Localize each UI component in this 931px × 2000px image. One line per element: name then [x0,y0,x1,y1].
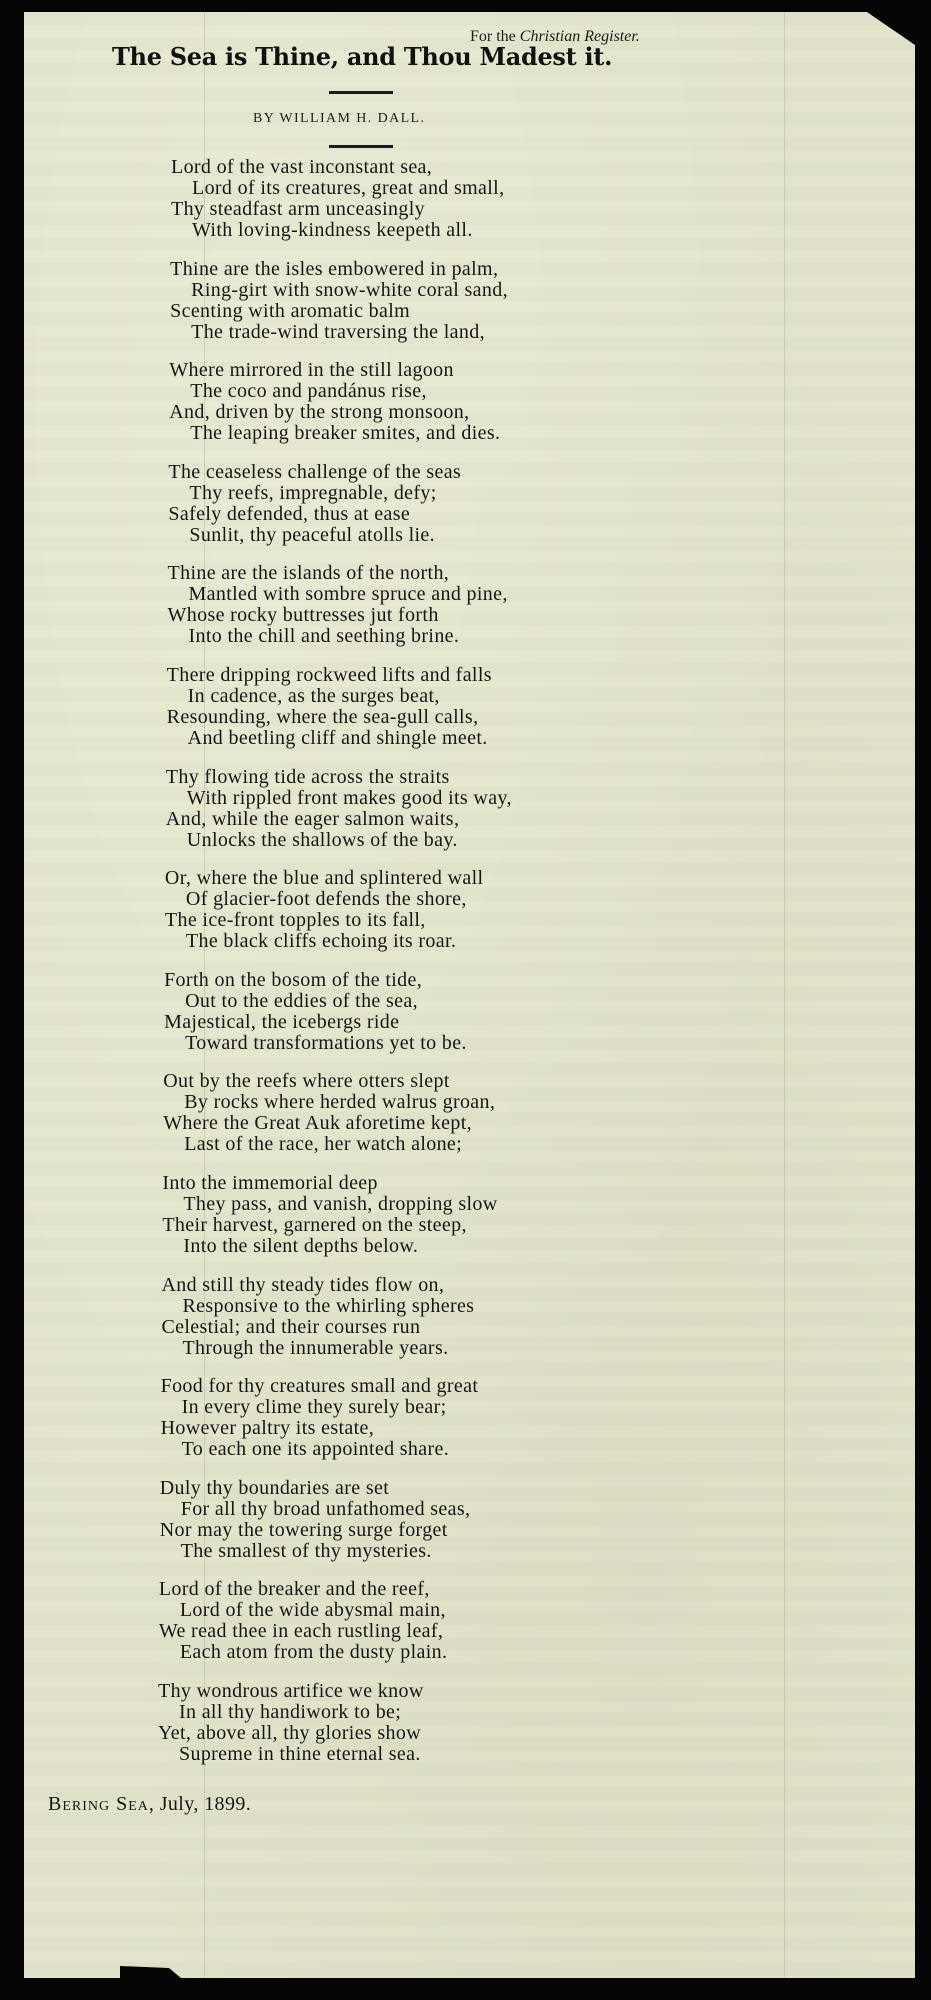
poem-line: Nor may the towering surge forget [160,1520,448,1541]
poem-line: And still thy steady tides flow on, [161,1275,444,1296]
poem-line-indented: They pass, and vanish, dropping slow [183,1194,497,1215]
poem-line-indented: In cadence, as the surges beat, [188,686,440,707]
stanza: Lord of the vast inconstant sea,Lord of … [0,157,931,259]
poem-line-indented: Sunlit, thy peaceful atolls lie. [189,525,435,546]
poem-line-indented: The coco and pandánus rise, [190,381,427,402]
poem-line-indented: By rocks where herded walrus groan, [184,1092,495,1113]
poem-line: Safely defended, thus at ease [168,504,410,525]
poem-line: Lord of the vast inconstant sea, [171,157,432,178]
poem-line: Thy wondrous artifice we know [158,1681,424,1702]
poem-line: The ice-front topples to its fall, [165,910,426,931]
poem-line: Yet, above all, thy glories show [158,1723,421,1744]
poem-line: Duly thy boundaries are set [160,1478,389,1499]
stanza: Or, where the blue and splintered wallOf… [0,868,931,970]
poem-line: Majestical, the icebergs ride [164,1012,399,1033]
poem-line: Out by the reefs where otters slept [163,1071,450,1092]
poem-line-indented: The trade-wind traversing the land, [191,322,485,343]
poem-line-indented: Thy reefs, impregnable, defy; [189,483,436,504]
author-byline: BY WILLIAM H. DALL. [253,111,425,127]
poem-line-indented: The leaping breaker smites, and dies. [190,423,500,444]
poem-line: And, while the eager salmon waits, [166,809,460,830]
poem-line-indented: Lord of its creatures, great and small, [192,178,504,199]
poem-body: Lord of the vast inconstant sea,Lord of … [0,157,931,1783]
poem-line: Where mirrored in the still lagoon [169,360,454,381]
stanza: There dripping rockweed lifts and fallsI… [0,665,931,767]
stanza: Thine are the islands of the north,Mantl… [0,563,931,665]
signoff: Bering Sea, July, 1899. [48,1793,251,1816]
poem-line-indented: And beetling cliff and shingle meet. [188,728,488,749]
poem-line-indented: Supreme in thine eternal sea. [179,1744,421,1765]
poem-title: The Sea is Thine, and Thou Madest it. [112,42,612,71]
poem-line: Lord of the breaker and the reef, [159,1579,430,1600]
poem-line: Whose rocky buttresses jut forth [168,605,439,626]
poem-line-indented: Last of the race, her watch alone; [184,1134,462,1155]
poem-line-indented: With loving-kindness keepeth all. [192,220,473,241]
poem-line-indented: Into the chill and seething brine. [189,626,460,647]
poem-line: Or, where the blue and splintered wall [165,868,484,889]
poem-line: We read thee in each rustling leaf, [159,1621,443,1642]
poem-line-indented: Lord of the wide abysmal main, [180,1600,446,1621]
stanza: Into the immemorial deepThey pass, and v… [0,1173,931,1275]
poem-line-indented: Responsive to the whirling spheres [182,1296,474,1317]
stanza: Where mirrored in the still lagoonThe co… [0,360,931,462]
stanza: Lord of the breaker and the reef,Lord of… [0,1579,931,1681]
stanza: Forth on the bosom of the tide,Out to th… [0,970,931,1072]
poem-line: The ceaseless challenge of the seas [168,462,461,483]
stanza: The ceaseless challenge of the seasThy r… [0,462,931,564]
poem-line-indented: Mantled with sombre spruce and pine, [189,584,508,605]
poem-line-indented: In every clime they surely bear; [182,1397,447,1418]
poem-line-indented: Each atom from the dusty plain. [180,1642,447,1663]
poem-line: Thine are the islands of the north, [168,563,450,584]
poem-line-indented: Toward transformations yet to be. [185,1033,467,1054]
stanza: Duly thy boundaries are setFor all thy b… [0,1478,931,1580]
poem-line-indented: For all thy broad unfathomed seas, [181,1499,471,1520]
signoff-date: , July, 1899. [149,1793,251,1815]
stanza: And still thy steady tides flow on,Respo… [0,1275,931,1377]
poem-line: Their harvest, garnered on the steep, [162,1215,467,1236]
poem-line-indented: Ring-girt with snow-white coral sand, [191,280,508,301]
stanza: Out by the reefs where otters sleptBy ro… [0,1071,931,1173]
title-divider [329,91,393,94]
poem-line: Resounding, where the sea-gull calls, [167,707,479,728]
poem-line-indented: With rippled front makes good its way, [187,788,512,809]
poem-line: Scenting with aromatic balm [170,301,410,322]
poem-line-indented: To each one its appointed share. [182,1439,450,1460]
poem-line: Forth on the bosom of the tide, [164,970,422,991]
poem-line-indented: Of glacier-foot defends the shore, [186,889,467,910]
poem-line-indented: Through the innumerable years. [182,1338,448,1359]
poem-line-indented: The black cliffs echoing its roar. [186,931,456,952]
poem-line: Where the Great Auk aforetime kept, [163,1113,472,1134]
stanza: Thy wondrous artifice we knowIn all thy … [0,1681,931,1783]
poem-line-indented: Unlocks the shallows of the bay. [187,830,458,851]
poem-line-indented: Into the silent depths below. [183,1236,418,1257]
signoff-place: Bering Sea [48,1793,149,1815]
poem-line: Food for thy creatures small and great [161,1376,479,1397]
stanza: Thy flowing tide across the straitsWith … [0,767,931,869]
stanza: Thine are the isles embowered in palm,Ri… [0,259,931,361]
poem-line: Thy flowing tide across the straits [166,767,450,788]
poem-line: And, driven by the strong monsoon, [169,402,469,423]
stanza: Food for thy creatures small and greatIn… [0,1376,931,1478]
poem-line: There dripping rockweed lifts and falls [167,665,492,686]
poem-line: Thine are the isles embowered in palm, [170,259,498,280]
poem-line-indented: Out to the eddies of the sea, [185,991,418,1012]
poem-line: Thy steadfast arm unceasingly [171,199,425,220]
poem-line-indented: In all thy handiwork to be; [179,1702,401,1723]
poem-line-indented: The smallest of thy mysteries. [181,1541,432,1562]
poem-line: Celestial; and their courses run [161,1317,420,1338]
poem-line: Into the immemorial deep [162,1173,378,1194]
byline-divider [329,145,393,148]
poem-line: However paltry its estate, [161,1418,374,1439]
